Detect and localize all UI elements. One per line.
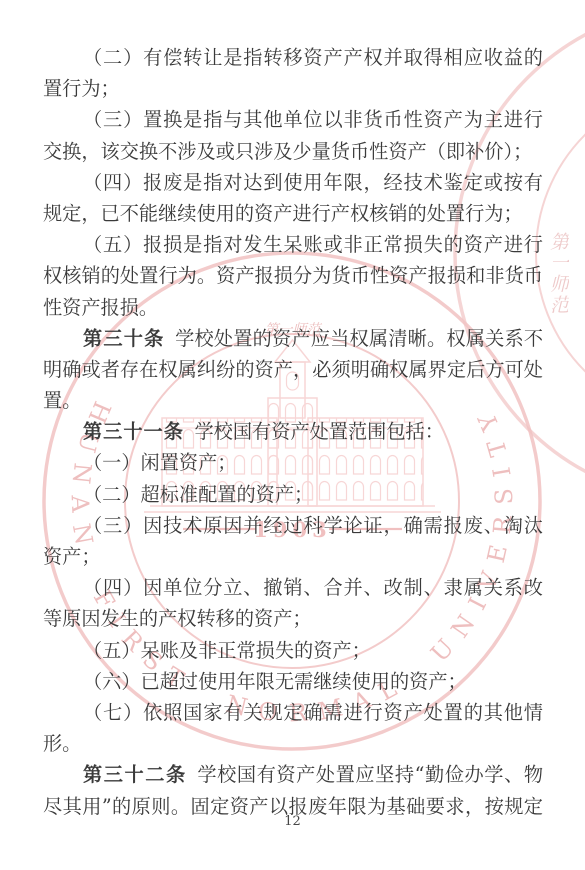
text-line: （四）因单位分立、撤销、合并、改制、隶属关系改变 xyxy=(43,572,543,603)
text-line: （五）报损是指对发生呆账或非正常损失的资产进行产 xyxy=(43,229,543,260)
partial-seal-inner-circle xyxy=(536,86,585,420)
page-number: 12 xyxy=(0,814,585,829)
text-line: （一）闲置资产； xyxy=(43,447,543,478)
text-line: 资产； xyxy=(43,541,543,572)
document-page: HUNAN FIRST NORMAL UNIVERSITY 1903 xyxy=(0,0,585,870)
text-line: （二）超标准配置的资产； xyxy=(43,479,543,510)
article-number: 第三十条 xyxy=(83,327,165,350)
text-line: （三）置换是指与其他单位以非货币性资产为主进行的 xyxy=(43,104,543,135)
article-number: 第三十一条 xyxy=(83,420,184,443)
text-line: （四）报废是指对达到使用年限，经技术鉴定或按有关 xyxy=(43,167,543,198)
text-line: 性资产报损。 xyxy=(43,292,543,323)
text-line: 第三十条学校处置的资产应当权属清晰。权属关系不 xyxy=(43,323,543,354)
text-line: 等原因发生的产权转移的资产； xyxy=(43,603,543,634)
text-line: 第三十一条学校国有资产处置范围包括： xyxy=(43,416,543,447)
text-line: 规定，已不能继续使用的资产进行产权核销的处置行为； xyxy=(43,198,543,229)
text-line: 交换，该交换不涉及或只涉及少量货币性资产（即补价）； xyxy=(43,136,543,167)
text-line: 权核销的处置行为。资产报损分为货币性资产报损和非货币 xyxy=(43,260,543,291)
text-line: （六）已超过使用年限无需继续使用的资产； xyxy=(43,666,543,697)
text-line: （五）呆账及非正常损失的资产； xyxy=(43,635,543,666)
text-line: （二）有偿转让是指转移资产产权并取得相应收益的处 xyxy=(43,42,543,73)
text-line: （七）依照国家有关规定确需进行资产处置的其他情 xyxy=(43,697,543,728)
text-line: 明确或者存在权属纠纷的资产，必须明确权属界定后方可处 xyxy=(43,354,543,385)
partial-seal-calligraphy: 第一师范 xyxy=(547,232,570,316)
article-number: 第三十二条 xyxy=(83,763,187,786)
text-line: 置行为； xyxy=(43,73,543,104)
text-line: 第三十二条学校国有资产处置应坚持“勤俭办学、物 xyxy=(43,759,543,790)
text-line: 置。 xyxy=(43,385,543,416)
text-line: 形。 xyxy=(43,728,543,759)
text-line: （三）因技术原因并经过科学论证，确需报废、淘汰的 xyxy=(43,510,543,541)
document-body: （二）有偿转让是指转移资产产权并取得相应收益的处置行为；（三）置换是指与其他单位… xyxy=(43,42,543,822)
